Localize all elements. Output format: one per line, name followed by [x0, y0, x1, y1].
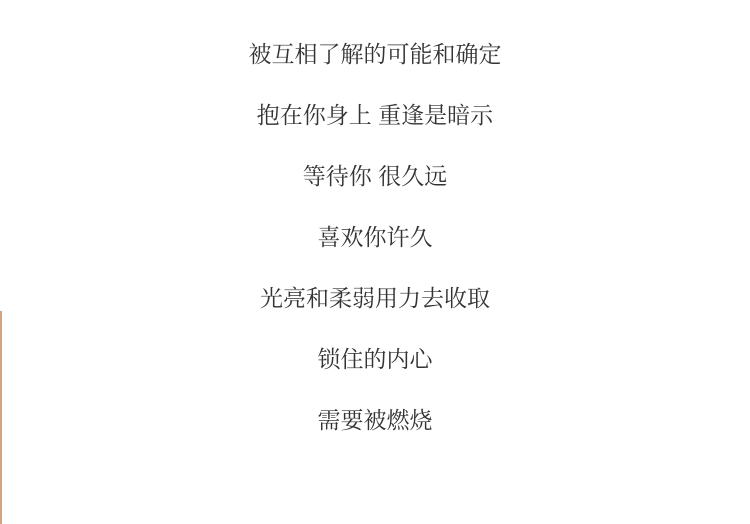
lyrics-panel: 被互相了解的可能和确定 抱在你身上 重逢是暗示 等待你 很久远 喜欢你许久 光亮… — [0, 24, 750, 451]
lyric-line-1: 被互相了解的可能和确定 — [0, 24, 750, 85]
lyric-line-2: 抱在你身上 重逢是暗示 — [0, 85, 750, 146]
left-edge-accent-strip — [0, 311, 2, 524]
lyric-line-3: 等待你 很久远 — [0, 146, 750, 207]
lyric-line-7: 需要被燃烧 — [0, 390, 750, 451]
lyric-line-5: 光亮和柔弱用力去收取 — [0, 268, 750, 329]
lyric-line-6: 锁住的内心 — [0, 329, 750, 390]
lyric-line-4: 喜欢你许久 — [0, 207, 750, 268]
